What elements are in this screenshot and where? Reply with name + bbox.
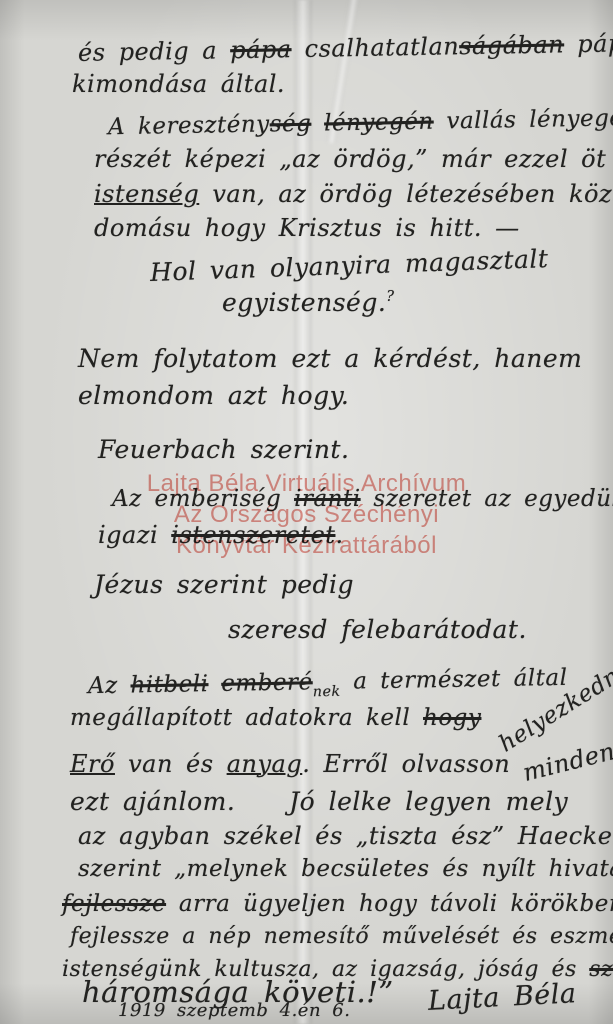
manuscript-line: részét képezi „az ördög,” már ezzel öt <box>94 145 606 173</box>
text-segment <box>481 705 494 731</box>
text-segment: 1919 szeptemb 4.én 6. <box>118 1000 350 1021</box>
text-segment: pápa <box>564 29 613 58</box>
strike-text: szent <box>589 957 613 982</box>
text-segment: szerint „melynek becsületes és nyílt hiv… <box>78 856 613 882</box>
strike-text: lényegén <box>324 109 434 137</box>
text-segment: részét képezi „az ördög,” már ezzel öt <box>94 145 606 173</box>
manuscript-line: szerint „melynek becsületes és nyílt hiv… <box>78 856 613 882</box>
text-segment: fejlessze a nép nemesítő művelését és es… <box>70 924 613 949</box>
manuscript-text-block: és pedig a pápa csalhatatlanságában pápa… <box>0 0 613 1024</box>
manuscript-line: domásu hogy Krisztus is hitt. — <box>94 214 520 242</box>
text-segment: Feuerbach szerint. <box>98 435 349 464</box>
manuscript-line: elmondom azt hogy. <box>78 381 349 410</box>
text-segment: Jézus szerint pedig <box>94 570 354 599</box>
manuscript-line: A kereszténység lényegén vallás lényeges… <box>108 104 613 140</box>
text-segment: van és <box>115 750 227 778</box>
strike-text: emberé <box>221 669 313 697</box>
text-segment: ezt ajánlom. Jó lelke legyen mely <box>70 787 568 816</box>
manuscript-line: és pedig a pápa csalhatatlanságában pápa <box>78 29 613 67</box>
strike-text: fejlessze <box>62 891 166 917</box>
manuscript-line: fejlessze arra ügyeljen hogy távoli körö… <box>62 891 613 917</box>
text-segment: Hol van olyanyira magasztalt <box>150 244 549 287</box>
manuscript-line: egyistenség.? <box>222 288 395 317</box>
scanned-manuscript-page: és pedig a pápa csalhatatlanságában pápa… <box>0 0 613 1024</box>
manuscript-line: az agyban székel és „tiszta ész” Haeckel <box>78 822 613 850</box>
text-segment: és pedig a <box>78 36 231 67</box>
manuscript-line: Jézus szerint pedig <box>94 570 354 599</box>
text-segment: szeresd felebarátodat. <box>228 615 527 644</box>
date-line: 1919 szeptemb 4.én 6. <box>118 1000 350 1021</box>
text-segment: van, az ördög létezésében köztu- <box>199 180 613 208</box>
text-segment: Lajta Béla <box>427 978 577 1017</box>
text-segment <box>208 671 221 697</box>
strike-text: iránti <box>294 486 360 512</box>
signature: Lajta Béla <box>427 978 577 1017</box>
text-segment: . <box>335 521 343 549</box>
text-segment: egyistenség. <box>222 288 386 317</box>
strike-text: hogy <box>423 705 481 731</box>
sub-text: nek <box>313 684 341 700</box>
underline-text: Erő <box>70 750 115 778</box>
strike-text: ságában <box>459 30 564 60</box>
text-segment: a természet által <box>340 665 567 695</box>
text-segment: . Erről olvasson <box>302 750 523 778</box>
underline-text: anyag <box>227 750 303 778</box>
underline-text: istenség <box>94 180 199 208</box>
manuscript-line: megállapított adatokra kell hogy helyezk… <box>70 705 613 731</box>
text-segment: vallás lényeges alkat <box>433 104 613 135</box>
text-segment: Az <box>88 672 131 699</box>
manuscript-line: Feuerbach szerint. <box>98 435 349 464</box>
text-segment: csalhatatlan <box>291 32 459 63</box>
text-segment: igazi <box>98 521 171 549</box>
manuscript-line: Hol van olyanyira magasztalt <box>150 244 549 287</box>
text-segment: elmondom azt hogy. <box>78 381 349 410</box>
strike-text: istenszeretet <box>171 521 335 549</box>
text-segment: domásu hogy Krisztus is hitt. — <box>94 214 520 242</box>
text-segment <box>311 110 324 136</box>
manuscript-line: fejlessze a nép nemesítő művelését és es… <box>70 924 613 949</box>
text-segment: arra ügyeljen hogy távoli körökben <box>166 891 613 917</box>
manuscript-line: Erő van és anyag. Erről olvasson mindenk… <box>70 750 613 778</box>
manuscript-line: kimondása által. <box>72 70 285 98</box>
text-segment: szeretet az egyedüli <box>361 486 613 512</box>
text-segment: Nem folytatom ezt a kérdést, hanem <box>78 344 582 373</box>
strike-text: hitbeli <box>130 671 208 698</box>
manuscript-line: igazi istenszeretet. <box>98 521 344 549</box>
manuscript-line: Nem folytatom ezt a kérdést, hanem <box>78 344 582 373</box>
manuscript-line: ezt ajánlom. Jó lelke legyen mely <box>70 787 568 816</box>
text-segment: az agyban székel és „tiszta ész” Haeckel <box>78 822 613 850</box>
manuscript-line: Az emberiség iránti szeretet az egyedüli <box>112 486 613 512</box>
strike-text: pápa <box>230 35 292 64</box>
text-segment: kimondása által. <box>72 70 285 98</box>
manuscript-line: Az hitbeli emberének a természet által <box>88 665 568 704</box>
sup-text: ? <box>386 289 394 305</box>
text-segment: Az emberiség <box>112 486 294 512</box>
text-segment: A keresztény <box>108 111 270 140</box>
manuscript-line: szeresd felebarátodat. <box>228 615 527 644</box>
manuscript-line: istenség van, az ördög létezésében köztu… <box>94 180 613 208</box>
text-segment: megállapított adatokra kell <box>70 705 423 731</box>
strike-text: ség <box>269 111 311 138</box>
